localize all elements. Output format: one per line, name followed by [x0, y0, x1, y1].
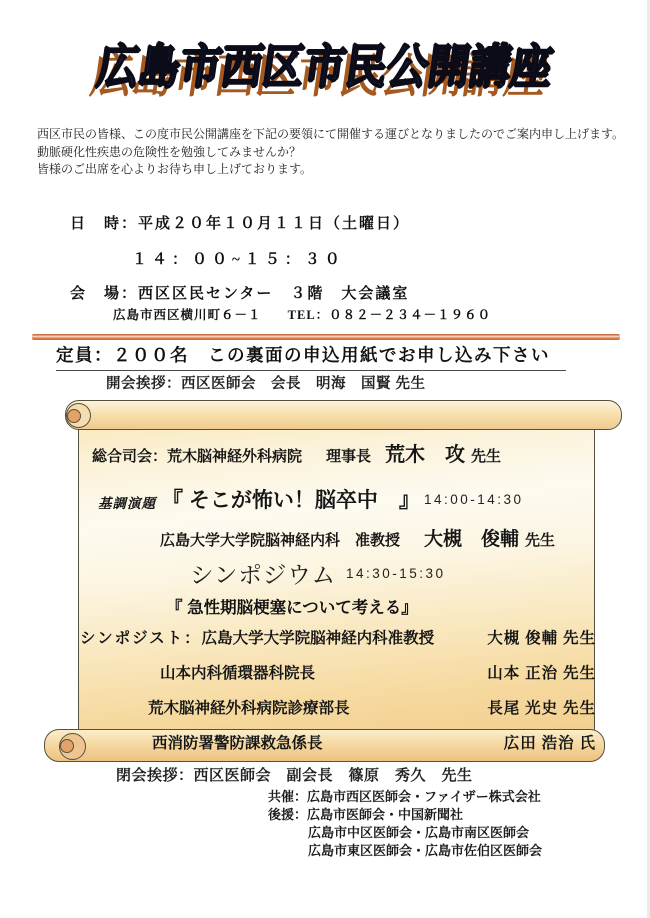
panelist-affiliation-text: 広島大学大学院脳神経内科准教授	[202, 630, 435, 647]
mc-org: 荒木脳神経外科病院	[167, 449, 302, 465]
cohost-line: 共催：広島市西区医師会・ファイザー株式会社	[268, 788, 542, 806]
keynote-speaker-org: 広島大学大学院脳神経内科 准教授	[160, 533, 400, 549]
orange-divider-line	[32, 334, 620, 340]
symposium-time: 14:30-15:30	[346, 566, 446, 581]
panelist-row: 山本内科循環器科院長 山本 正治 先生	[80, 661, 596, 683]
event-time-row: １４：００~１５：３０	[132, 248, 345, 269]
venue-address: 広島市西区横川町６－１	[113, 308, 262, 322]
panelist-row: 荒木脳神経外科病院診療部長 長尾 光史 先生	[80, 696, 596, 718]
scroll-content: 総合司会：荒木脳神経外科病院理事長荒木 攻先生 基調演題 『 そこが怖い！脳卒中…	[62, 400, 622, 762]
panelist-affiliation: 荒木脳神経外科病院診療部長	[148, 696, 350, 718]
flyer-page: 広島市西区市民公開講座 西区市民の皆様、この度市民公開講座を下記の要領にて開催す…	[0, 0, 650, 918]
page-title: 広島市西区市民公開講座	[93, 30, 557, 97]
support-line-3: 広島市東区医師会・広島市佐伯区医師会	[268, 842, 542, 860]
panelist-row: 西消防署警防課救急係長 広田 浩治 氏	[80, 731, 596, 753]
panelist-row: シンポジスト：広島大学大学院脳神経内科准教授 大槻 俊輔 先生	[80, 626, 596, 648]
keynote-title: 『 そこが怖い！脳卒中 』	[162, 484, 420, 514]
support-line-1: 後援：広島市医師会・中国新聞社	[268, 806, 542, 824]
opening-greeting: 開会挨拶：西区医師会 会長 明海 国賢 先生	[106, 372, 426, 393]
title-banner: 広島市西区市民公開講座	[0, 30, 650, 97]
panelist-list: シンポジスト：広島大学大学院脳神経内科准教授 大槻 俊輔 先生 山本内科循環器科…	[80, 626, 596, 766]
sponsor-block: 共催：広島市西区医師会・ファイザー株式会社 後援：広島市医師会・中国新聞社 広島…	[268, 788, 542, 860]
intro-line-1: 西区市民の皆様、この度市民公開講座を下記の要領にて開催する運びとなりましたのでご…	[37, 126, 643, 144]
panelist-affiliation: シンポジスト：広島大学大学院脳神経内科准教授	[80, 626, 434, 648]
intro-line-3: 皆様のご出席を心よりお待ち申し上げております。	[37, 161, 643, 179]
closing-greeting: 閉会挨拶：西区医師会 副会長 篠原 秀久 先生	[116, 764, 473, 785]
venue-label: 会 場：	[70, 286, 138, 302]
support-line-2: 広島市中区医師会・広島市南区医師会	[268, 824, 542, 842]
event-date-row: 日 時：平成２０年１０月１１日（土曜日）	[70, 212, 410, 233]
support-value-1: 広島市医師会・中国新聞社	[307, 807, 463, 822]
keynote-speaker-name: 大槻 俊輔	[424, 529, 519, 550]
panelist-label: シンポジスト：	[80, 630, 202, 647]
event-address-row: 広島市西区横川町６－１ TEL：０８２－２３４－１９６０	[113, 305, 491, 323]
panelist-name: 大槻 俊輔 先生	[487, 626, 596, 648]
intro-paragraph: 西区市民の皆様、この度市民公開講座を下記の要領にて開催する運びとなりましたのでご…	[37, 126, 643, 179]
mc-title: 理事長	[326, 449, 371, 465]
venue-tel: TEL：０８２－２３４－１９６０	[288, 308, 492, 322]
mc-honorific: 先生	[471, 449, 501, 465]
support-label: 後援：	[268, 807, 307, 822]
date-value: 平成２０年１０月１１日（土曜日）	[138, 216, 410, 232]
keynote-time: 14:00-14:30	[424, 492, 524, 507]
mc-name: 荒木 攻	[385, 444, 465, 466]
mc-label: 総合司会：	[92, 449, 167, 465]
panelist-name: 広田 浩治 氏	[504, 731, 596, 753]
panelist-affiliation: 山本内科循環器科院長	[160, 661, 315, 683]
cohost-label: 共催：	[268, 789, 307, 804]
cohost-value: 広島市西区医師会・ファイザー株式会社	[307, 789, 541, 804]
keynote-label: 基調演題	[98, 492, 156, 512]
panelist-name: 長尾 光史 先生	[487, 696, 596, 718]
event-venue-row: 会 場：西区区民センター ３階 大会議室	[70, 282, 409, 303]
mc-row: 総合司会：荒木脳神経外科病院理事長荒木 攻先生	[92, 438, 501, 467]
venue-value: 西区区民センター ３階 大会議室	[138, 286, 409, 302]
date-label: 日 時：	[70, 216, 138, 232]
time-value: １４：００~１５：３０	[132, 252, 345, 268]
symposium-theme: 『 急性期脳梗塞について考える』	[166, 594, 418, 618]
intro-line-2: 動脈硬化性疾患の危険性を勉強してみませんか？	[37, 144, 643, 162]
panelist-affiliation: 西消防署警防課救急係長	[152, 731, 323, 753]
keynote-speaker-honorific: 先生	[525, 533, 555, 549]
keynote-speaker-row: 広島大学大学院脳神経内科 准教授大槻 俊輔先生	[160, 524, 555, 551]
panelist-name: 山本 正治 先生	[487, 661, 596, 683]
program-scroll: 総合司会：荒木脳神経外科病院理事長荒木 攻先生 基調演題 『 そこが怖い！脳卒中…	[62, 400, 622, 762]
symposium-label: シンポジウム	[190, 556, 336, 590]
capacity-notice: 定員：２００名 この裏面の申込用紙でお申し込み下さい	[56, 342, 566, 371]
